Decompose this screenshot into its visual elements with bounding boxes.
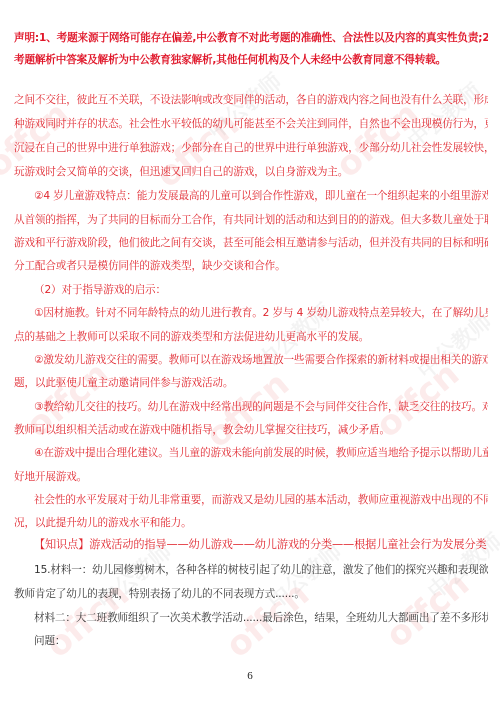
section-heading: （2）对于指导游戏的启示：	[34, 283, 488, 297]
body-line: 沉浸在自己的世界中进行单独游戏；少部分在自己的世界中进行单独游戏，少部分幼儿社会…	[14, 141, 488, 155]
page-number: 6	[0, 670, 500, 682]
body-line: 好地开展游戏。	[14, 470, 488, 484]
body-line: 从首领的指挥，为了共同的目标而分工合作，有共同计划的活动和达到目的的游戏。但大多…	[14, 213, 488, 227]
body-line: 之间不交往，彼此互不关联，不设法影响或改变同伴的活动，各自的游戏内容之间也没有什…	[14, 93, 488, 107]
body-line: ③教给幼儿交往的技巧。幼儿在游戏中经常出现的问题是不会与同伴交往合作，缺乏交往的…	[34, 400, 488, 414]
body-line: 种游戏同时并存的状态。社会性水平较低的幼儿可能甚至不会关注到同伴，自然也不会出现…	[14, 117, 488, 131]
body-line: 社会性的水平发展对于幼儿非常重要，而游戏又是幼儿园的基本活动，教师应重视游戏中出…	[34, 493, 488, 507]
declaration-line-1: 声明:1、考题来源于网络可能存在偏差,中公教育不对此考题的准确性、合法性以及内容…	[14, 31, 488, 45]
declaration-line-2: 考题解析中答案及解析为中公教育独家解析,其他任何机构及个人未经中公教育同意不得转…	[14, 53, 488, 67]
body-line: 游戏和平行游戏阶段，他们彼此之间有交谈，甚至可能会相互邀请参与活动，但并没有共同…	[14, 236, 488, 250]
body-line: ②4 岁儿童游戏特点：能力发展最高的儿童可以到合作性游戏，即儿童在一个组织起来的…	[34, 189, 488, 203]
document-page: offcn offcn offcn offcn offcn offcn offc…	[0, 0, 500, 702]
question-line-3: 材料二：大二班教师组织了一次美术教学活动......最后涂色，结果，全班幼儿大都…	[34, 611, 488, 625]
body-line: 教师可以组织相关活动或在游戏中随机指导，教会幼儿掌握交往技巧，减少矛盾。	[14, 423, 488, 437]
body-line: ④在游戏中提出合理化建议。当儿童的游戏未能向前发展的时候，教师应适当地给予提示以…	[34, 446, 488, 460]
body-line: 玩游戏时会又简单的交谈，但迅速又回归自己的游戏，以自身游戏为主。	[14, 165, 488, 179]
question-line-2: 教师肯定了幼儿的表现，特别表扬了幼儿的不同表现方式......。	[14, 587, 488, 601]
body-line: 况，以此提升幼儿的游戏水平和能力。	[14, 516, 488, 530]
question-line-4: 问题：	[34, 634, 488, 648]
body-line: ①因材施教。针对不同年龄特点的幼儿进行教育。2 岁与 4 岁幼儿游戏特点差异较大…	[34, 306, 488, 320]
body-line: ②激发幼儿游戏交往的需要。教师可以在游戏场地置放一些需要合作探索的新材料或提出相…	[34, 353, 488, 367]
body-line: 分工配合或者只是模仿同伴的游戏类型，缺少交谈和合作。	[14, 259, 488, 273]
body-line: 点的基础之上教师可以采取不同的游戏类型和方法促进幼儿更高水平的发展。	[14, 330, 488, 344]
body-line: 题，以此驱使儿童主动邀请同伴参与游戏活动。	[14, 376, 488, 390]
knowledge-point: 【知识点】游戏活动的指导——幼儿游戏——幼儿游戏的分类——根据儿童社会行为发展分…	[34, 538, 488, 552]
question-line-1: 15.材料一：幼儿园修剪树木，各种各样的树枝引起了幼儿的注意，激发了他们的探究兴…	[34, 563, 488, 577]
